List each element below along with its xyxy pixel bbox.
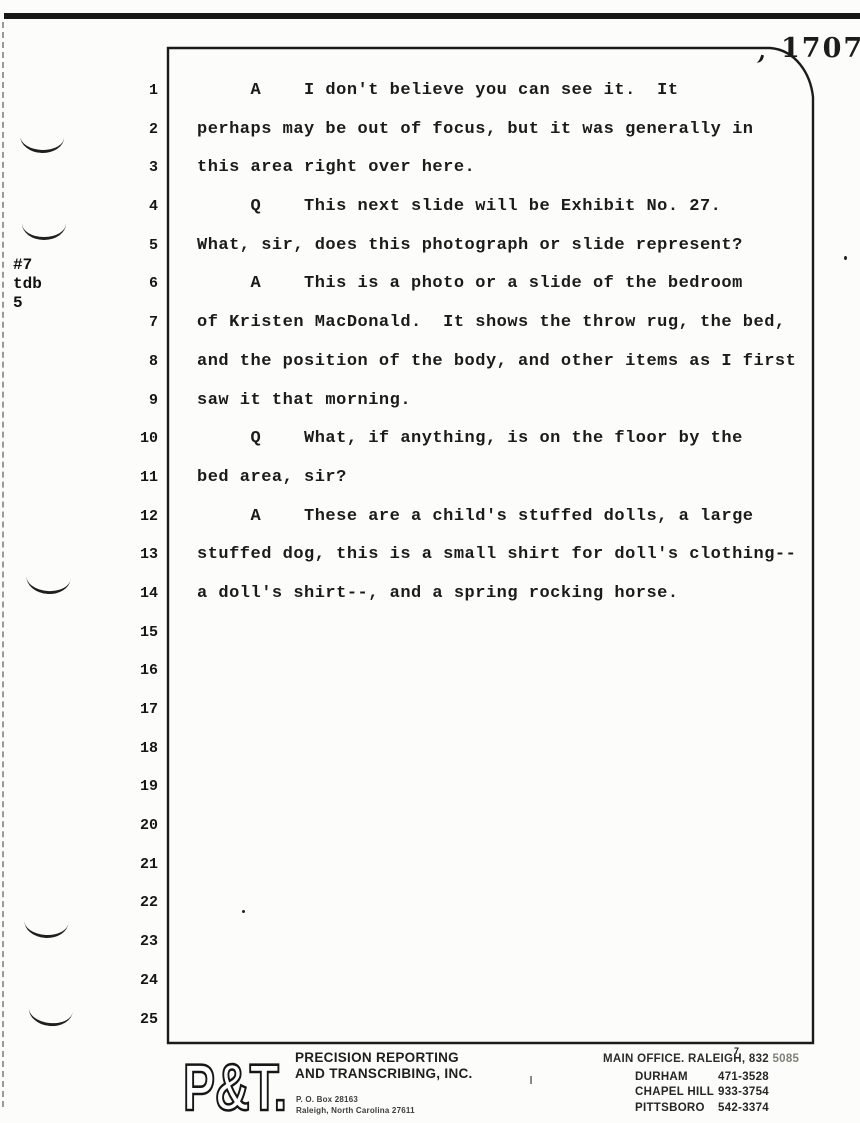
line-number: 5 [112, 227, 158, 266]
line-number: 4 [112, 188, 158, 227]
transcript-line [197, 768, 837, 807]
address-line2: Raleigh, North Carolina 27611 [296, 1106, 415, 1117]
handwritten-mark: 7 [734, 1046, 739, 1056]
main-office-line: MAIN OFFICE. RALEIGH, 832 5085 [603, 1053, 799, 1065]
transcript-line: A These are a child's stuffed dolls, a l… [197, 498, 837, 537]
line-number: 17 [112, 691, 158, 730]
line-number: 13 [112, 536, 158, 575]
branch-office-row: CHAPEL HILL933-3754 [635, 1085, 769, 1100]
margin-note: #7 tdb 5 [13, 256, 42, 313]
line-number: 23 [112, 923, 158, 962]
line-number: 25 [112, 1001, 158, 1040]
transcript-line [197, 807, 837, 846]
margin-note-line: 5 [13, 294, 42, 313]
line-number: 11 [112, 459, 158, 498]
line-number: 8 [112, 343, 158, 382]
transcript-line: this area right over here. [197, 149, 837, 188]
main-office-phone-faint: 5085 [772, 1053, 799, 1065]
transcript-line: a doll's shirt--, and a spring rocking h… [197, 575, 837, 614]
transcript-line [197, 1001, 837, 1040]
branch-office-row: DURHAM471-3528 [635, 1070, 769, 1085]
branch-offices: DURHAM471-3528CHAPEL HILL933-3754PITTSBO… [635, 1070, 769, 1116]
company-name: PRECISION REPORTING AND TRANSCRIBING, IN… [295, 1050, 473, 1081]
transcript-lines: A I don't believe you can see it. Itperh… [197, 72, 837, 1039]
line-number: 18 [112, 730, 158, 769]
line-number: 14 [112, 575, 158, 614]
transcript-line: Q This next slide will be Exhibit No. 27… [197, 188, 837, 227]
line-number: 1 [112, 72, 158, 111]
transcript-line: perhaps may be out of focus, but it was … [197, 111, 837, 150]
company-name-line2: AND TRANSCRIBING, INC. [295, 1066, 473, 1082]
branch-phone: 471-3528 [718, 1070, 769, 1085]
transcript-line: A I don't believe you can see it. It [197, 72, 837, 111]
branch-city: PITTSBORO [635, 1101, 718, 1116]
company-name-line1: PRECISION REPORTING [295, 1050, 473, 1066]
line-number: 7 [112, 304, 158, 343]
page-number: 1707 [781, 33, 860, 64]
pt-logo-text: P&T. [183, 1050, 287, 1123]
scan-speck [530, 1076, 532, 1084]
branch-phone: 933-3754 [718, 1085, 769, 1100]
line-number: 9 [112, 382, 158, 421]
scanned-transcript-page: 1707 12345678910111213141516171819202122… [0, 0, 860, 1123]
line-number: 15 [112, 614, 158, 653]
transcript-line [197, 691, 837, 730]
line-number: 2 [112, 111, 158, 150]
pt-logo: P&T. [181, 1048, 293, 1123]
transcript-line: bed area, sir? [197, 459, 837, 498]
transcript-line: of Kristen MacDonald. It shows the throw… [197, 304, 837, 343]
line-number-column: 1234567891011121314151617181920212223242… [112, 72, 158, 1039]
main-office-text: MAIN OFFICE. RALEIGH, 832 [603, 1053, 769, 1065]
line-number: 3 [112, 149, 158, 188]
line-number: 19 [112, 768, 158, 807]
company-address: P. O. Box 28163 Raleigh, North Carolina … [296, 1095, 415, 1116]
line-number: 10 [112, 420, 158, 459]
transcript-line [197, 730, 837, 769]
transcript-line [197, 652, 837, 691]
line-number: 21 [112, 846, 158, 885]
transcript-line: What, sir, does this photograph or slide… [197, 227, 837, 266]
address-line1: P. O. Box 28163 [296, 1095, 415, 1106]
margin-note-line: tdb [13, 275, 42, 294]
scan-speck [844, 256, 847, 260]
branch-phone: 542-3374 [718, 1101, 769, 1116]
line-number: 24 [112, 962, 158, 1001]
scan-speck [242, 910, 245, 913]
transcript-line [197, 846, 837, 885]
transcript-line: stuffed dog, this is a small shirt for d… [197, 536, 837, 575]
line-number: 6 [112, 265, 158, 304]
transcript-line: A This is a photo or a slide of the bedr… [197, 265, 837, 304]
transcript-line: Q What, if anything, is on the floor by … [197, 420, 837, 459]
line-number: 16 [112, 652, 158, 691]
transcript-line [197, 614, 837, 653]
branch-office-row: PITTSBORO542-3374 [635, 1101, 769, 1116]
margin-note-line: #7 [13, 256, 42, 275]
branch-city: DURHAM [635, 1070, 718, 1085]
line-number: 22 [112, 884, 158, 923]
transcript-line [197, 962, 837, 1001]
transcript-line [197, 884, 837, 923]
transcript-line: saw it that morning. [197, 382, 837, 421]
line-number: 12 [112, 498, 158, 537]
transcript-line [197, 923, 837, 962]
transcript-line: and the position of the body, and other … [197, 343, 837, 382]
branch-city: CHAPEL HILL [635, 1085, 718, 1100]
line-number: 20 [112, 807, 158, 846]
